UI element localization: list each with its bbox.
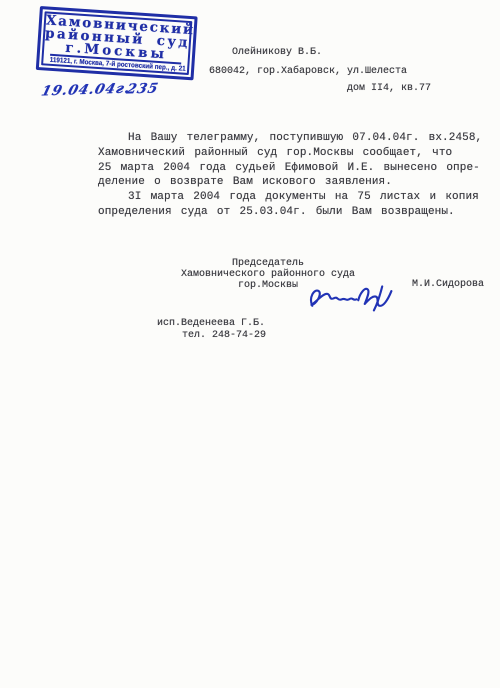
letter-page: Хамовнический районный суд г.Москвы 1191… — [0, 0, 500, 688]
handwritten-date: 19.04.04г. — [40, 80, 133, 99]
body-line: 3I марта 2004 года документы на 75 листа… — [98, 190, 500, 205]
court-stamp: Хамовнический районный суд г.Москвы 1191… — [36, 6, 198, 80]
body-line: деление о возврате Вам искового заявлени… — [98, 175, 500, 190]
handwritten-outgoing-number: 235 — [125, 80, 161, 97]
signer-title-line1: Председатель — [178, 258, 358, 269]
body-line: Хамовнический районный суд гор.Москвы со… — [98, 146, 500, 161]
body-line: 25 марта 2004 года судьей Ефимовой И.Е. … — [98, 161, 500, 176]
recipient-address-line2: дом II4, кв.77 — [347, 83, 431, 94]
body-line: определения суда от 25.03.04г. были Вам … — [98, 205, 500, 220]
recipient-name: Олейникову В.Б. — [232, 47, 322, 58]
letter-body: На Вашу телеграмму, поступившую 07.04.04… — [98, 131, 500, 220]
recipient-address-line1: 680042, гор.Хабаровск, ул.Шелеста — [209, 66, 407, 77]
executor-name: исп.Веденеева Г.Б. — [157, 318, 266, 330]
stamp-inner-border: Хамовнический районный суд г.Москвы 1191… — [41, 11, 192, 75]
body-line: На Вашу телеграмму, поступившую 07.04.04… — [98, 131, 500, 146]
signer-title-line2: Хамовнического районного суда — [178, 269, 358, 280]
signer-name: М.И.Сидорова — [412, 279, 484, 290]
executor-phone: тел. 248-74-29 — [157, 330, 266, 342]
executor-block: исп.Веденеева Г.Б. тел. 248-74-29 — [157, 318, 266, 341]
handwritten-signature — [304, 281, 396, 314]
